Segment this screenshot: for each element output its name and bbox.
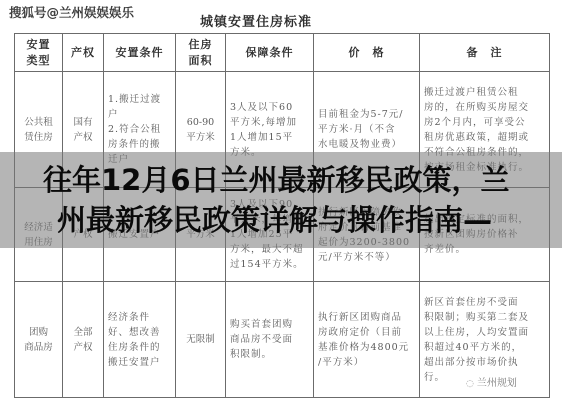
header-price: 价 格 (314, 34, 420, 72)
document-title: 城镇安置住房标准 (200, 11, 312, 30)
table-header-row: 安置 类型 产权 安置条件 住房 面积 保障条件 价 格 备 注 (15, 34, 550, 72)
headline: 往年12月6日兰州最新移民政策，兰 州最新移民政策详解与操作指南— (0, 160, 562, 240)
headline-line-1: 往年12月6日兰州最新移民政策，兰 (0, 160, 562, 200)
headline-line-2: 州最新移民政策详解与操作指南— (0, 200, 562, 240)
cell-condition: 经济条件 好、想改善 住房条件的 搬迁安置户 (104, 282, 176, 398)
wechat-icon: ◌ (466, 379, 474, 389)
cell-area: 无限制 (176, 282, 226, 398)
account-watermark: ◌兰州规划 (466, 374, 517, 389)
header-condition: 安置条件 (104, 34, 176, 72)
header-remarks: 备 注 (420, 34, 550, 72)
header-area: 住房 面积 (176, 34, 226, 72)
source-watermark: 搜狐号@兰州娱娱娱乐 (9, 3, 134, 21)
header-ownership: 产权 (63, 34, 104, 72)
cell-ownership: 全部 产权 (63, 282, 104, 398)
cell-price: 执行新区团购商品 房政府定价（目前 基准价格为4800元 /平方米） (314, 282, 420, 398)
cell-guarantee: 购买首套团购 商品房不受面 积限制。 (226, 282, 314, 398)
cell-type: 团购 商品房 (15, 282, 63, 398)
account-watermark-text: 兰州规划 (477, 378, 517, 389)
header-type: 安置 类型 (15, 34, 63, 72)
header-guarantee: 保障条件 (226, 34, 314, 72)
